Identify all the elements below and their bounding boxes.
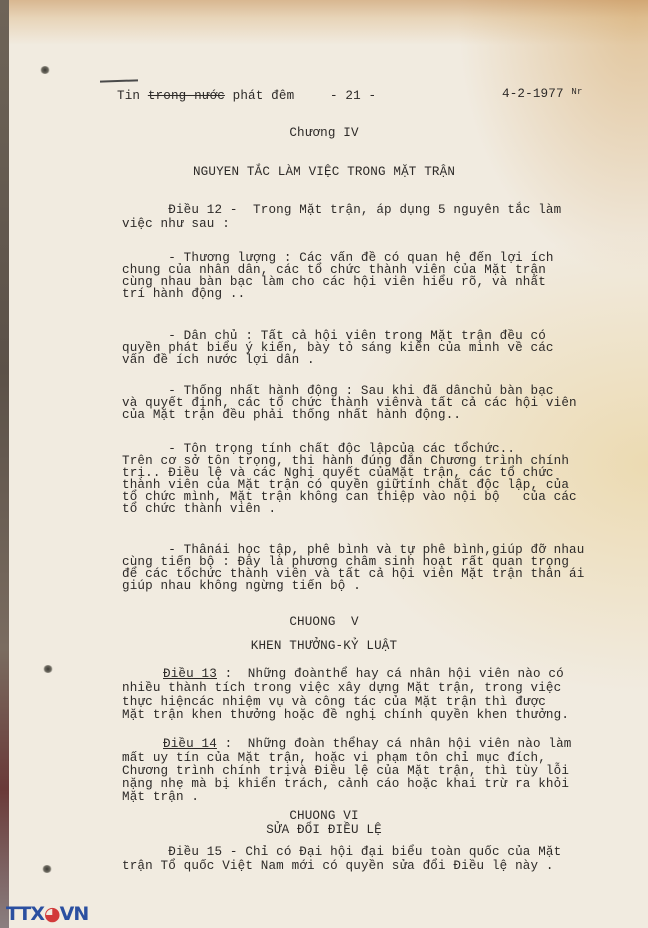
chapter-6-heading: SỬA ĐỔI ĐIỀU LỆ bbox=[0, 824, 648, 836]
logo-text-b: VN bbox=[60, 903, 89, 925]
logo-text-a: TTX bbox=[6, 903, 44, 925]
chapter-5-title: CHUONG V bbox=[0, 616, 648, 628]
article-14-line: Mặt trận . bbox=[122, 791, 199, 803]
article-14-first-text: : Những đoàn thểhay cá nhân hội viên nào… bbox=[217, 737, 572, 751]
article-13-line: nhiều thành tích trong việc xây dựng Mặt… bbox=[122, 682, 561, 694]
article-14-line: mất uy tín của Mặt trận, hoặc vi phạm tô… bbox=[122, 752, 546, 764]
document-date: 4-2-1977 Nr bbox=[502, 86, 583, 100]
article-12-line: việc như sau : bbox=[122, 218, 230, 230]
principle-5-line: giúp nhau không ngừng tiến bộ . bbox=[122, 580, 361, 592]
chapter-5-heading: KHEN THƯỞNG-KỶ LUẬT bbox=[0, 640, 648, 652]
article-12-line: Điều 12 - Trong Mặt trận, áp dụng 5 nguy… bbox=[122, 204, 561, 216]
typewritten-document: Tin trong nước phát đêm - 21 - 4-2-1977 … bbox=[0, 0, 648, 928]
principle-2-line: vấn đề ích nước lợi dân . bbox=[122, 354, 315, 366]
principle-4-line: tổ chức thành viên . bbox=[122, 503, 276, 515]
source-struck-text: trong nước bbox=[148, 89, 225, 103]
chapter-4-heading: NGUYEN TẮC LÀM VIỆC TRONG MẶT TRẬN bbox=[0, 166, 648, 178]
date-text: 4-2-1977 bbox=[502, 87, 564, 101]
page-number: - 21 - bbox=[330, 90, 376, 102]
ttxvn-logo: TTX◕VN bbox=[6, 905, 88, 923]
source-text: Tin bbox=[117, 89, 148, 103]
header-source: Tin trong nước phát đêm bbox=[117, 90, 294, 102]
article-15-line: trận Tổ quốc Việt Nam mới có quyền sửa đ… bbox=[122, 860, 554, 872]
article-14-first-line: Điều 14 : Những đoàn thểhay cá nhân hội … bbox=[163, 738, 572, 750]
article-13-first-line: Điều 13 : Những đoànthể hay cá nhân hội … bbox=[163, 668, 564, 680]
article-15-line: Điều 15 - Chỉ có Đại hội đại biểu toàn q… bbox=[122, 846, 561, 858]
logo-globe-icon: ◕ bbox=[44, 903, 60, 925]
article-13-line: thực hiệncác nhiệm vụ và công tác của Mặ… bbox=[122, 696, 546, 708]
article-13-first-text: : Những đoànthể hay cá nhân hội viên nào… bbox=[217, 667, 564, 681]
pencil-mark bbox=[100, 79, 138, 82]
source-rest-text: phát đêm bbox=[225, 89, 294, 103]
article-14-line: nặng nhẹ mà bị khiển trách, cảnh cáo hoặ… bbox=[122, 778, 569, 790]
chapter-6-title: CHUONG VI bbox=[0, 810, 648, 822]
article-13-line: Mặt trận khen thưởng hoặc đề nghị chính … bbox=[122, 709, 569, 721]
article-14-line: Chương trình chính trịvà Điều lệ của Mặt… bbox=[122, 765, 569, 777]
principle-1-line: trí hành động .. bbox=[122, 288, 245, 300]
chapter-4-title: Chương IV bbox=[0, 127, 648, 139]
article-13-label: Điều 13 bbox=[163, 667, 217, 681]
date-suffix: Nr bbox=[571, 87, 582, 97]
article-14-label: Điều 14 bbox=[163, 737, 217, 751]
principle-3-line: của Mặt trận đều phải thống nhất hành độ… bbox=[122, 409, 461, 421]
